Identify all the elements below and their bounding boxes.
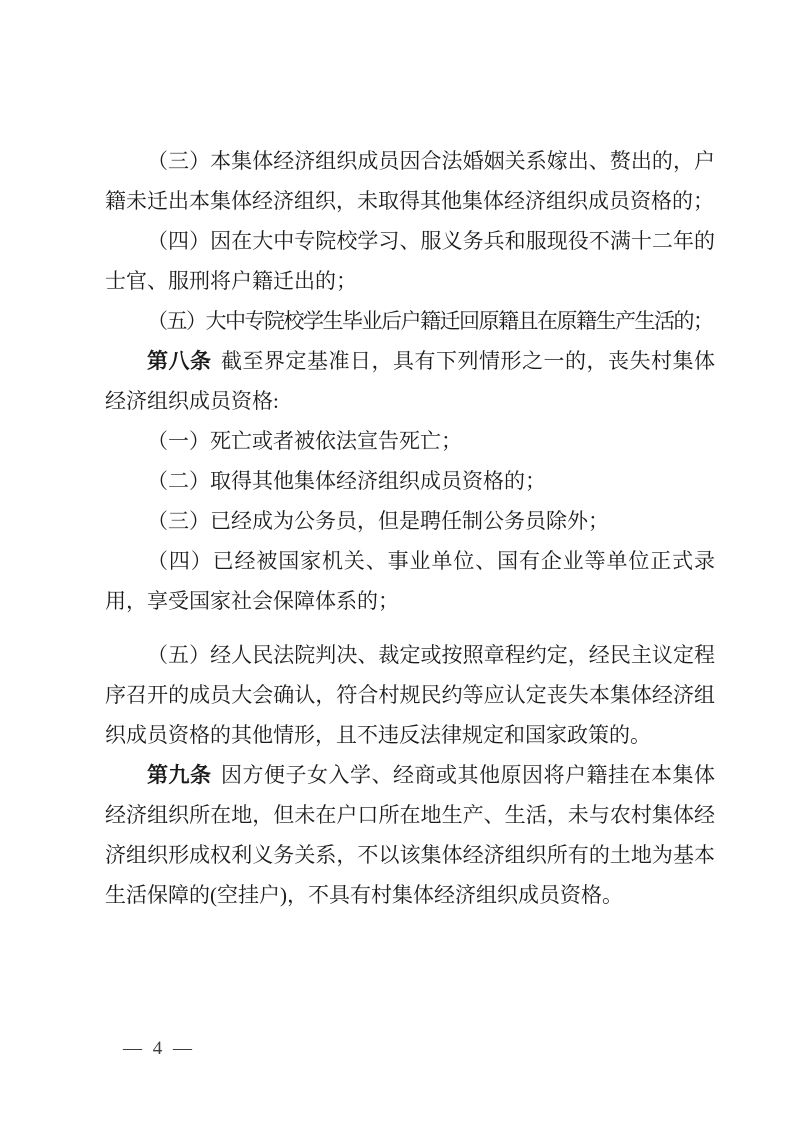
clause-paragraph: （五）大中专院校学生毕业后户籍迁回原籍且在原籍生产生活的； (105, 301, 715, 341)
clause-paragraph: （二）取得其他集体经济组织成员资格的； (105, 461, 715, 501)
clause-paragraph: （三）已经成为公务员，但是聘任制公务员除外； (105, 501, 715, 541)
page-number: — 4 — (123, 1038, 195, 1060)
clause-paragraph: （三）本集体经济组织成员因合法婚姻关系嫁出、赘出的，户籍未迁出本集体经济组织，未… (105, 141, 715, 221)
clause-paragraph: （四）因在大中专院校学习、服义务兵和服现役不满十二年的士官、服刑将户籍迁出的； (105, 221, 715, 301)
clause-paragraph: （一）死亡或者被依法宣告死亡； (105, 421, 715, 461)
document-body: （三）本集体经济组织成员因合法婚姻关系嫁出、赘出的，户籍未迁出本集体经济组织，未… (105, 141, 715, 915)
clause-paragraph: （四）已经被国家机关、事业单位、国有企业等单位正式录用，享受国家社会保障体系的； (105, 541, 715, 621)
article-paragraph: 第八条截至界定基准日，具有下列情形之一的，丧失村集体经济组织成员资格: (105, 341, 715, 421)
article-number: 第八条 (147, 349, 212, 373)
document-page: （三）本集体经济组织成员因合法婚姻关系嫁出、赘出的，户籍未迁出本集体经济组织，未… (0, 0, 793, 1122)
article-paragraph: 第九条因方便子女入学、经商或其他原因将户籍挂在本集体经济组织所在地，但未在户口所… (105, 755, 715, 915)
article-number: 第九条 (147, 763, 212, 787)
clause-paragraph: （五）经人民法院判决、裁定或按照章程约定，经民主议定程序召开的成员大会确认，符合… (105, 635, 715, 755)
